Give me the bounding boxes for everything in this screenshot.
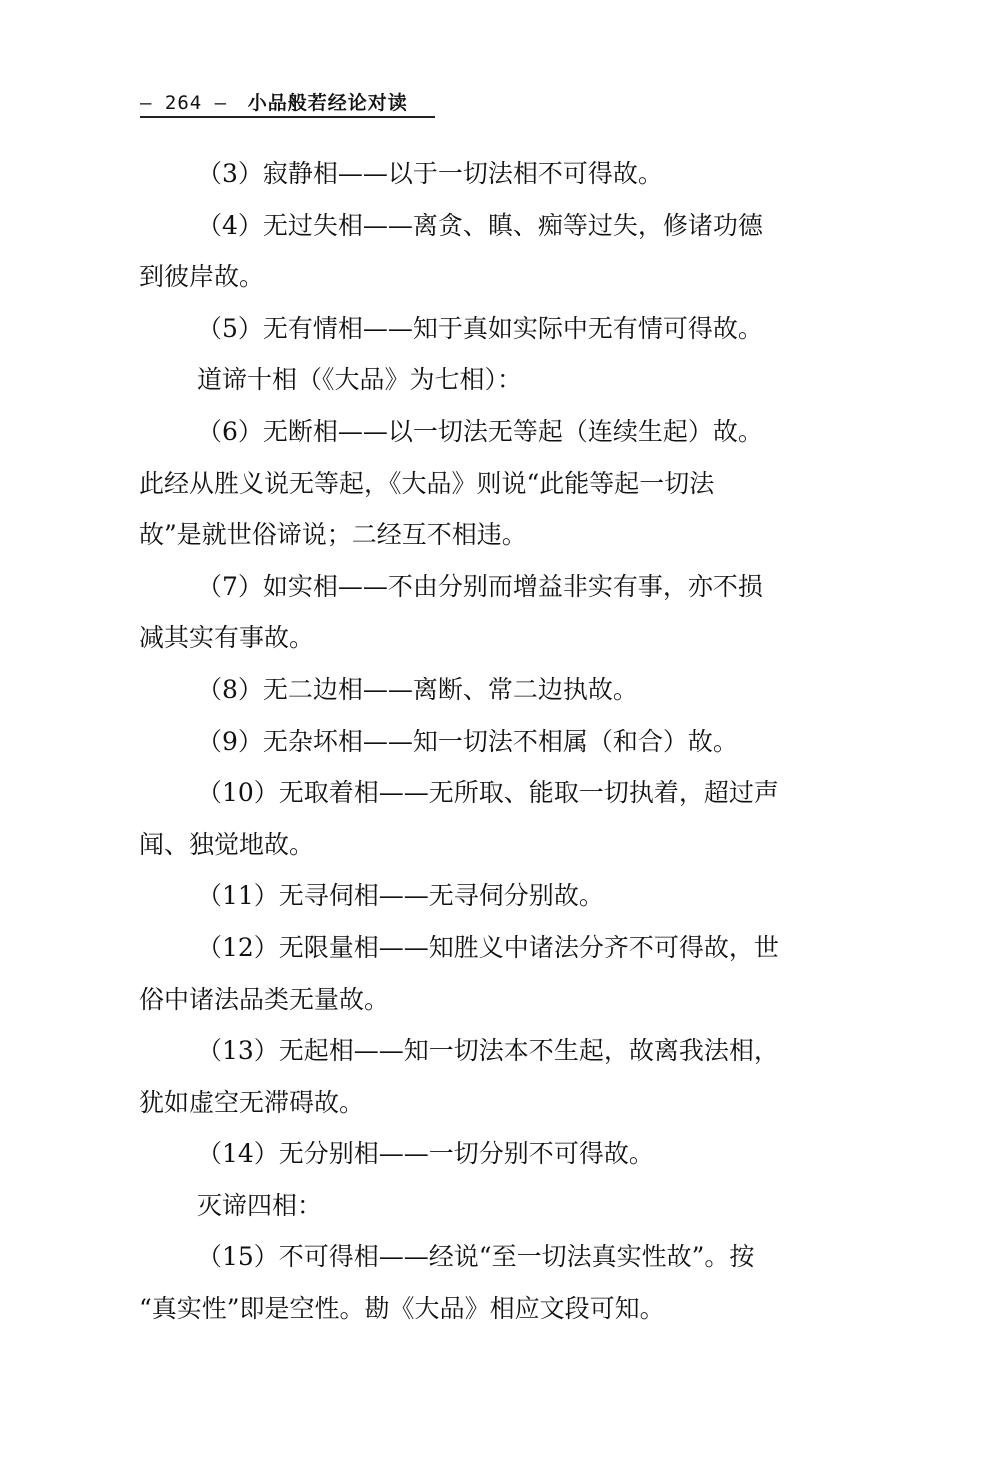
text-line: （4）无过失相——离贪、瞋、痴等过失，修诸功德 — [139, 200, 877, 252]
text-line: 犹如虚空无滞碍故。 — [139, 1077, 877, 1129]
header-rule — [140, 116, 435, 118]
text-line: 减其实有事故。 — [139, 612, 877, 664]
text-line: “真实性”即是空性。勘《大品》相应文段可知。 — [139, 1283, 877, 1335]
text-line: 故”是就世俗谛说；二经互不相违。 — [139, 509, 877, 561]
text-line: （15）不可得相——经说“至一切法真实性故”。按 — [139, 1231, 877, 1283]
text-line: （7）如实相——不由分别而增益非实有事，亦不损 — [139, 561, 877, 613]
text-line: （14）无分别相——一切分别不可得故。 — [139, 1128, 877, 1180]
page-body: （3）寂静相——以于一切法相不可得故。 （4）无过失相——离贪、瞋、痴等过失，修… — [139, 148, 877, 1335]
section-heading: 灭谛四相： — [139, 1180, 877, 1232]
text-line: （13）无起相——知一切法本不生起，故离我法相， — [139, 1025, 877, 1077]
text-line: 此经从胜义说无等起，《大品》则说“此能等起一切法 — [139, 458, 877, 510]
running-header: — 264 — 小品般若经论对读 — [140, 88, 435, 118]
text-line: （8）无二边相——离断、常二边执故。 — [139, 664, 877, 716]
text-line: （12）无限量相——知胜义中诸法分齐不可得故，世 — [139, 922, 877, 974]
page-number: — 264 — — [140, 92, 227, 114]
book-title: 小品般若经论对读 — [248, 92, 408, 114]
text-line: （10）无取着相——无所取、能取一切执着，超过声 — [139, 767, 877, 819]
text-line: （9）无杂坏相——知一切法不相属（和合）故。 — [139, 716, 877, 768]
section-heading: 道谛十相（《大品》为七相）： — [139, 354, 877, 406]
text-line: 到彼岸故。 — [139, 251, 877, 303]
text-line: （5）无有情相——知于真如实际中无有情可得故。 — [139, 303, 877, 355]
text-line: 俗中诸法品类无量故。 — [139, 974, 877, 1026]
text-line: （6）无断相——以一切法无等起（连续生起）故。 — [139, 406, 877, 458]
text-line: （11）无寻伺相——无寻伺分别故。 — [139, 870, 877, 922]
text-line: （3）寂静相——以于一切法相不可得故。 — [139, 148, 877, 200]
text-line: 闻、独觉地故。 — [139, 819, 877, 871]
